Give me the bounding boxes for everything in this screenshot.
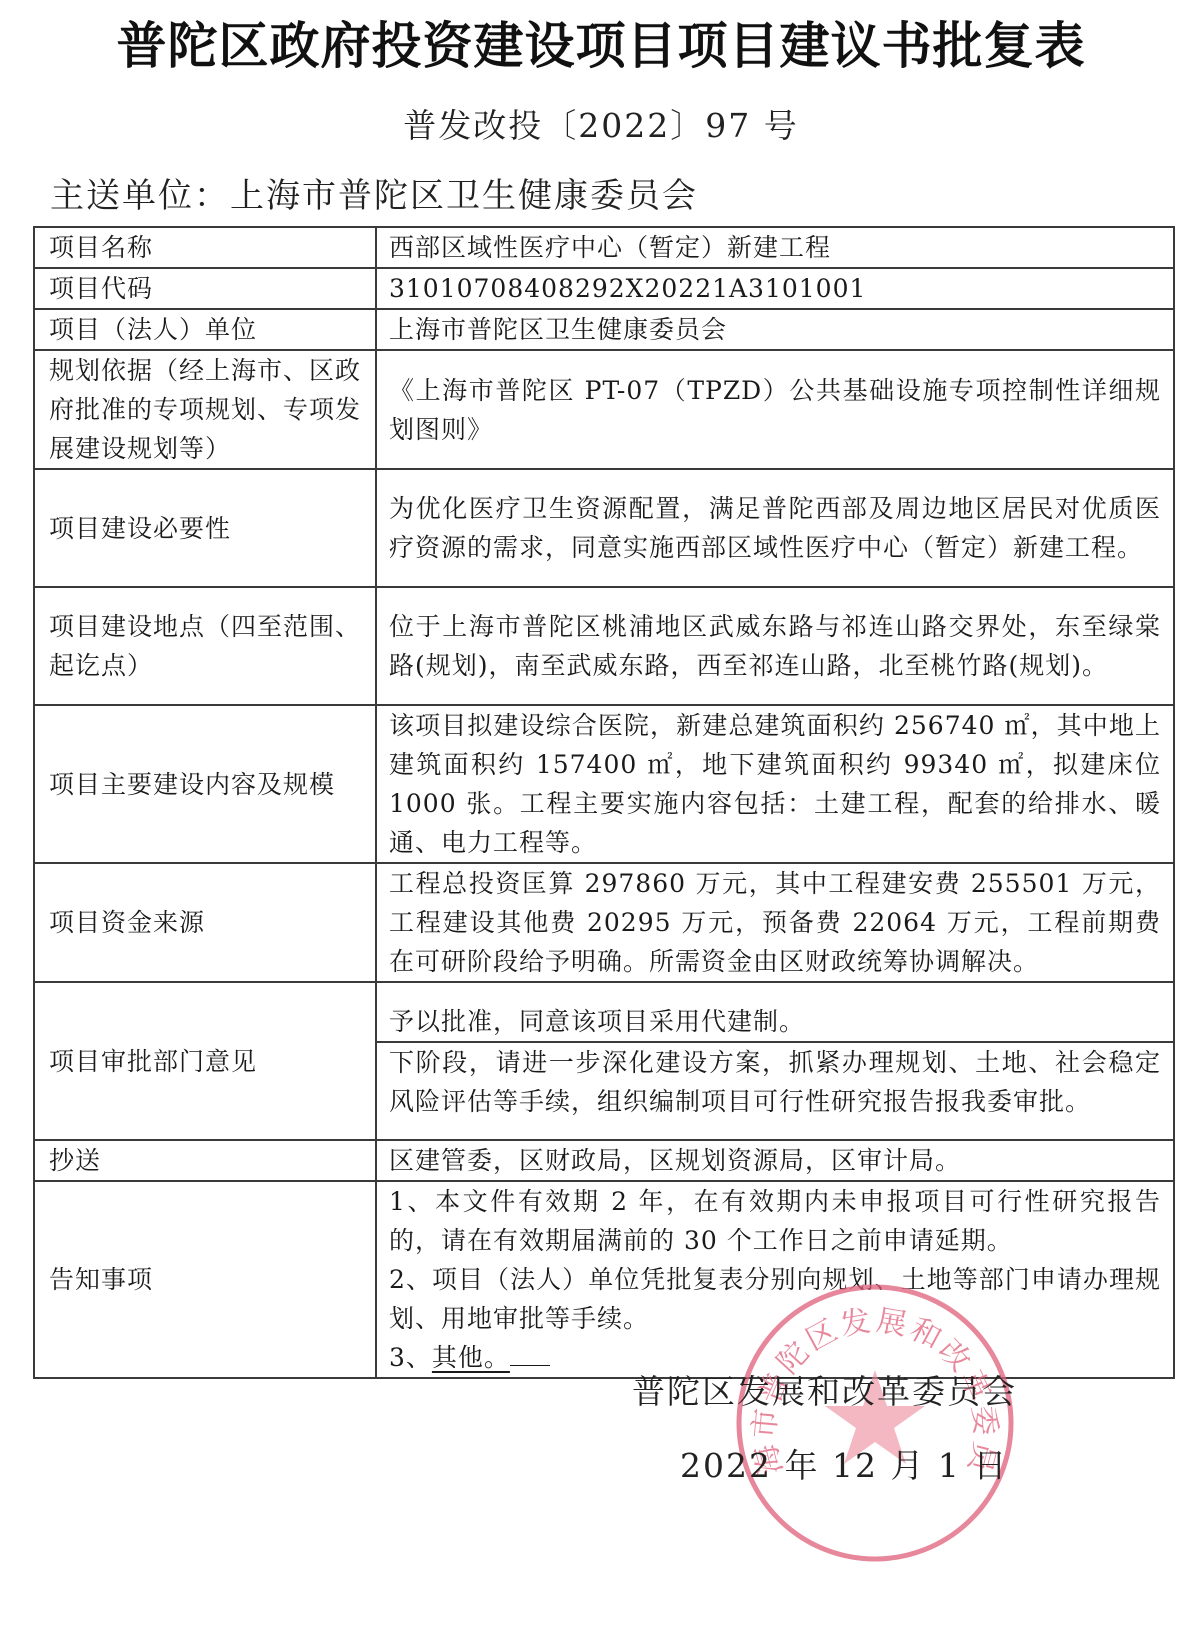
row-label: 项目资金来源: [34, 863, 376, 982]
row-value: 西部区域性医疗中心（暂定）新建工程: [376, 227, 1174, 268]
row-value: 予以批准，同意该项目采用代建制。 下阶段，请进一步深化建设方案，抓紧办理规划、土…: [376, 982, 1174, 1140]
row-label: 项目审批部门意见: [34, 982, 376, 1140]
table-row: 规划依据（经上海市、区政府批准的专项规划、专项发展建设规划等） 《上海市普陀区 …: [34, 350, 1174, 469]
table-row: 项目资金来源 工程总投资匡算 297860 万元，其中工程建安费 255501 …: [34, 863, 1174, 982]
table-row: 项目审批部门意见 予以批准，同意该项目采用代建制。 下阶段，请进一步深化建设方案…: [34, 982, 1174, 1140]
row-label: 项目代码: [34, 268, 376, 309]
row-value: 上海市普陀区卫生健康委员会: [376, 309, 1174, 350]
table-row: 项目主要建设内容及规模 该项目拟建设综合医院，新建总建筑面积约 256740 ㎡…: [34, 705, 1174, 863]
row-label: 抄送: [34, 1140, 376, 1181]
row-value: 工程总投资匡算 297860 万元，其中工程建安费 255501 万元，工程建设…: [376, 863, 1174, 982]
row-value: 该项目拟建设综合医院，新建总建筑面积约 256740 ㎡，其中地上建筑面积约 1…: [376, 705, 1174, 863]
issue-date: 2022 年 12 月 1 日: [680, 1442, 1008, 1490]
table-row: 项目（法人）单位 上海市普陀区卫生健康委员会: [34, 309, 1174, 350]
issuer-signature: 普陀区发展和改革委员会: [632, 1368, 1017, 1416]
row-label: 告知事项: [34, 1181, 376, 1378]
row-label: 规划依据（经上海市、区政府批准的专项规划、专项发展建设规划等）: [34, 350, 376, 469]
underline-blank: [510, 1364, 550, 1366]
official-seal-stamp-icon: 上海市普陀区发展和改革委员会: [730, 1278, 1020, 1568]
recipient-line: 主送单位：上海市普陀区卫生健康委员会: [50, 172, 698, 220]
notice-item-1: 1、本文件有效期 2 年，在有效期内未申报项目可行性研究报告的，请在有效期届满前…: [389, 1182, 1161, 1260]
table-row: 项目建设必要性 为优化医疗卫生资源配置，满足普陀西部及周边地区居民对优质医疗资源…: [34, 469, 1174, 587]
row-value: 《上海市普陀区 PT-07（TPZD）公共基础设施专项控制性详细规划图则》: [376, 350, 1174, 469]
row-label: 项目建设必要性: [34, 469, 376, 587]
row-label: 项目建设地点（四至范围、起讫点）: [34, 587, 376, 705]
table-row: 项目代码 31010708408292X20221A3101001: [34, 268, 1174, 309]
row-value: 区建管委，区财政局，区规划资源局，区审计局。: [376, 1140, 1174, 1181]
approval-form-table: 项目名称 西部区域性医疗中心（暂定）新建工程 项目代码 310107084082…: [33, 226, 1175, 1379]
table-row: 项目建设地点（四至范围、起讫点） 位于上海市普陀区桃浦地区武威东路与祁连山路交界…: [34, 587, 1174, 705]
document-number: 普发改投〔2022〕97 号: [0, 102, 1202, 150]
recipient-label: 主送单位：: [50, 176, 230, 216]
row-label: 项目名称: [34, 227, 376, 268]
notice-item-3-text: 其他。: [432, 1343, 510, 1372]
opinion-approval: 予以批准，同意该项目采用代建制。: [377, 1002, 1173, 1041]
recipient-name: 上海市普陀区卫生健康委员会: [230, 176, 698, 216]
table-row: 抄送 区建管委，区财政局，区规划资源局，区审计局。: [34, 1140, 1174, 1181]
row-label: 项目（法人）单位: [34, 309, 376, 350]
opinion-next-steps: 下阶段，请进一步深化建设方案，抓紧办理规划、土地、社会稳定风险评估等手续，组织编…: [377, 1041, 1173, 1121]
document-title: 普陀区政府投资建设项目项目建议书批复表: [0, 14, 1202, 78]
notice-item-3-prefix: 3、: [389, 1343, 432, 1372]
table-row: 项目名称 西部区域性医疗中心（暂定）新建工程: [34, 227, 1174, 268]
row-value: 为优化医疗卫生资源配置，满足普陀西部及周边地区居民对优质医疗资源的需求，同意实施…: [376, 469, 1174, 587]
row-label: 项目主要建设内容及规模: [34, 705, 376, 863]
row-value: 31010708408292X20221A3101001: [376, 268, 1174, 309]
row-value: 位于上海市普陀区桃浦地区武威东路与祁连山路交界处，东至绿棠路(规划)，南至武威东…: [376, 587, 1174, 705]
